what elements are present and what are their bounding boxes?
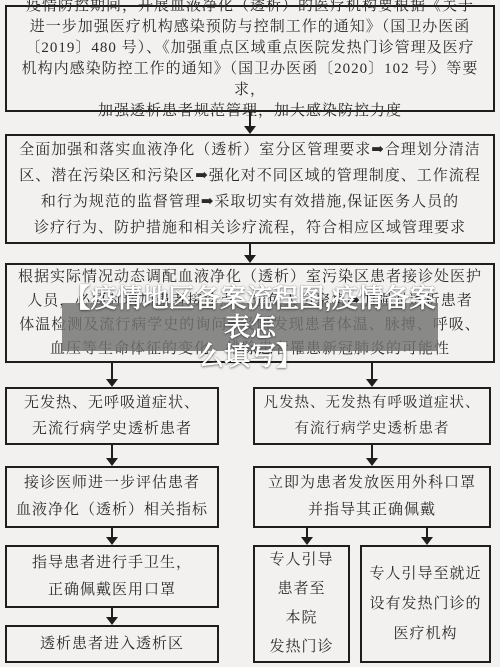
- node-patients-no-symptoms: 无发热、无呼吸道症状、 无流行病学史透析患者: [5, 387, 219, 445]
- node-guide-nearby-institution: 专人引导至就近 设有发热门诊的 医疗机构: [360, 545, 491, 663]
- node-patients-with-symptoms: 凡发热、无发热有呼吸道症状、 有流行病学史透析患者: [253, 387, 491, 445]
- flow-arrow-mask-to-own-clinic: [301, 528, 313, 545]
- flow-arrow-sym-to-mask: [366, 445, 378, 466]
- node-zoning-management: 全面加强和落实血液净化（透析）室分区管理要求➡合理划分清洁 区、潜在污染区和污染…: [5, 134, 495, 244]
- flow-arrow-nosym-to-assess: [106, 445, 118, 466]
- node-issue-mask: 立即为患者发放医用外科口罩 并指导其正确佩戴: [253, 466, 491, 528]
- flow-arrow-assess-to-hygiene: [106, 528, 118, 545]
- flow-arrow-zoning-to-dynamic: [244, 244, 256, 263]
- watermark-overlay: 【疫情地区备案流程图,疫情备案表怎 么填写】: [62, 303, 438, 351]
- flowchart-canvas: 疫情防控期间，开展血液净化（透析）的医疗机构要根据《关于 进一步加强医疗机构感染…: [0, 0, 500, 667]
- flow-arrow-hygiene-to-enter: [106, 608, 118, 625]
- node-guide-own-fever-clinic: 专人引导 患者至 本院 发热门诊: [253, 545, 350, 663]
- flow-arrow-intro-to-zoning: [244, 112, 256, 134]
- flow-arrow-mask-to-nearby: [421, 528, 433, 545]
- node-assess-indicators: 接诊医师进一步评估患者 血液净化（透析）相关指标: [5, 466, 219, 528]
- node-hand-hygiene: 指导患者进行手卫生， 正确佩戴医用口罩: [5, 545, 219, 608]
- node-enter-dialysis-area: 透析患者进入透析区: [5, 625, 219, 663]
- node-intro-policy: 疫情防控期间，开展血液净化（透析）的医疗机构要根据《关于 进一步加强医疗机构感染…: [5, 5, 495, 112]
